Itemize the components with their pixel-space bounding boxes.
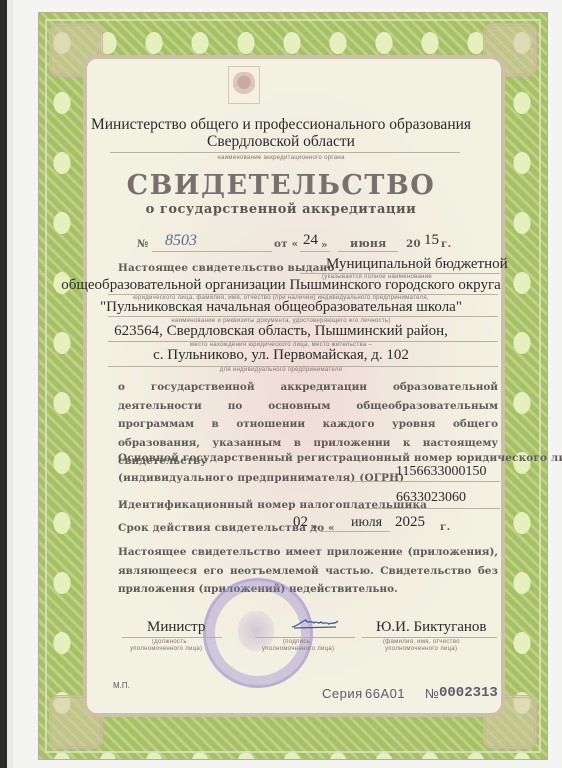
inn-label: Идентификационный номер налогоплательщик… (118, 499, 427, 511)
year-prefix: 20 (406, 238, 421, 250)
region-name: Свердловской области (0, 133, 562, 151)
divider (110, 152, 460, 153)
divider (362, 637, 497, 638)
inn-value: 6633023060 (396, 490, 466, 506)
document-title: СВИДЕТЕЛЬСТВО (0, 170, 562, 201)
divider (152, 251, 272, 252)
issued-to-line-2: общеобразовательной организации Пышминск… (0, 277, 562, 294)
divider (300, 251, 330, 252)
signer-position: Министр (147, 619, 205, 636)
caption: (фамилия, имя, отчество (383, 639, 460, 645)
ogrn-value: 1156633000150 (396, 464, 486, 480)
divider (108, 316, 498, 317)
caption: уполномоченного лица) (385, 646, 457, 652)
ministry-name: Министерство общего и профессионального … (0, 116, 562, 134)
school-name: "Пульниковская начальная общеобразовател… (0, 299, 562, 316)
form-serial-number: 0002313 (439, 685, 498, 701)
divider (338, 251, 398, 252)
date-quote: » (321, 239, 328, 251)
signature-icon (290, 617, 340, 631)
number-label: № (137, 238, 149, 250)
address-line-2: с. Пульниково, ул. Первомайская, д. 102 (0, 347, 562, 364)
signer-name: Ю.И. Биктуганов (376, 619, 487, 636)
year-letter: г. (440, 521, 450, 533)
appendix-note: Настоящее свидетельство имеет приложение… (118, 543, 498, 599)
caption: уполномоченного лица) (130, 646, 202, 652)
validity-year: 2025 (395, 514, 425, 531)
issue-month: июня (350, 237, 386, 250)
coat-of-arms-icon (228, 66, 260, 104)
date-prefix: от « (274, 238, 298, 250)
validity-day: 02 (293, 514, 308, 531)
address-line-1: 623564, Свердловская область, Пышминский… (0, 323, 562, 340)
document-subtitle: о государственной аккредитации (0, 202, 562, 217)
validity-month: июля (351, 515, 382, 531)
divider (255, 637, 355, 638)
certificate-number: 8503 (165, 232, 197, 250)
ogrn-label-1: Основной государственный регистрационный… (118, 452, 562, 464)
seal-place-label: М.П. (113, 681, 130, 690)
form-serial-label: № (425, 686, 439, 701)
caption: уполномоченного лица) (262, 646, 334, 652)
issued-to-line-1: Муниципальной бюджетной (326, 256, 508, 273)
official-seal-icon (203, 578, 313, 688)
form-series-label: Серия (322, 686, 363, 701)
issue-year: 15 (424, 232, 439, 249)
caption: (подпись (283, 639, 310, 645)
caption: для индивидуального предпринимателя (0, 367, 562, 373)
divider (320, 531, 390, 532)
authority-caption: наименование аккредитационного органа (0, 155, 562, 161)
divider (355, 508, 500, 509)
date-quote: » (311, 521, 318, 533)
divider (350, 481, 500, 482)
year-letter: г. (441, 238, 451, 250)
issue-day: 24 (303, 232, 318, 249)
divider (122, 637, 222, 638)
ogrn-label-2: (индивидуального предпринимателя) (ОГРН) (118, 472, 404, 484)
form-series: 66А01 (365, 686, 405, 701)
caption: (должность (152, 639, 187, 645)
